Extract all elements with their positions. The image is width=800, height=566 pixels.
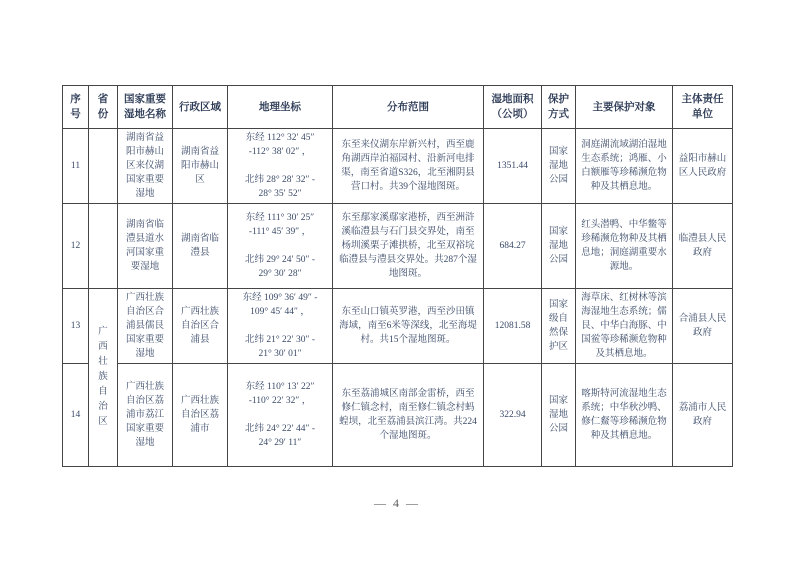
cell-coordinates: 东经 112° 32′ 45″ -112° 38′ 02″ ， 北纬 28° 2… [228, 129, 333, 204]
wetland-table: 序 号 省 份 国家重要 湿地名称 行政区域 地理坐标 分布范围 湿地面积 （公… [62, 85, 733, 467]
cell-area: 322.94 [484, 364, 542, 467]
cell-area: 12081.58 [484, 289, 542, 364]
col-header-province: 省 份 [89, 86, 118, 129]
cell-protection: 国家级自然保护区 [542, 289, 576, 364]
cell-unit: 荔浦市人民政府 [673, 364, 733, 467]
cell-coordinates: 东经 109° 36′ 49″ - 109° 45′ 44″ ， 北纬 21° … [228, 289, 333, 364]
col-header-range: 分布范围 [333, 86, 484, 129]
cell-unit: 合浦县人民政府 [673, 289, 733, 364]
cell-region: 湖南省益阳市赫山区 [173, 129, 228, 204]
col-header-wetland-name: 国家重要 湿地名称 [118, 86, 173, 129]
cell-coordinates: 东经 111° 30′ 25″ -111° 45′ 39″ ， 北纬 29° 2… [228, 204, 333, 289]
col-header-protection: 保护 方式 [542, 86, 576, 129]
cell-unit: 益阳市赫山区人民政府 [673, 129, 733, 204]
cell-province-merged: 广西壮族自治区 [89, 289, 118, 467]
cell-region: 广西壮族自治区荔浦市 [173, 364, 228, 467]
cell-targets: 洞庭湖流域湖泊湿地生态系统；鸿雁、小白额雁等珍稀濒危物种及其栖息地。 [576, 129, 673, 204]
col-header-no: 序 号 [63, 86, 89, 129]
col-header-coordinates: 地理坐标 [228, 86, 333, 129]
cell-region: 广西壮族自治区合浦县 [173, 289, 228, 364]
cell-wetland-name: 湖南省益阳市赫山区来仪湖国家重要湿地 [118, 129, 173, 204]
cell-no: 11 [63, 129, 89, 204]
cell-protection: 国家湿地公园 [542, 204, 576, 289]
cell-protection: 国家湿地公园 [542, 364, 576, 467]
cell-region: 湖南省临澧县 [173, 204, 228, 289]
col-header-area: 湿地面积 （公顷） [484, 86, 542, 129]
cell-wetland-name: 广西壮族自治区荔浦市荔江国家重要湿地 [118, 364, 173, 467]
cell-wetland-name: 湖南省临澧县道水河国家重要湿地 [118, 204, 173, 289]
page-number: — 4 — [62, 496, 732, 511]
cell-protection: 国家湿地公园 [542, 129, 576, 204]
cell-range: 东至山口镇英罗港，西至沙田镇海域，南至6米等深线，北至海堤村。共15个湿地图斑。 [333, 289, 484, 364]
cell-targets: 海草床、红树林等滨海湿地生态系统；儒艮、中华白海豚、中国鲎等珍稀濒危物种及其栖息… [576, 289, 673, 364]
cell-no: 13 [63, 289, 89, 364]
province-vertical-text: 广西壮族自治区 [98, 325, 108, 430]
document-page: 序 号 省 份 国家重要 湿地名称 行政区域 地理坐标 分布范围 湿地面积 （公… [0, 0, 800, 566]
table-row-14: 14 广西壮族自治区荔浦市荔江国家重要湿地 广西壮族自治区荔浦市 东经 110°… [63, 364, 733, 467]
col-header-targets: 主要保护对象 [576, 86, 673, 129]
cell-area: 684.27 [484, 204, 542, 289]
table-row-11: 11 湖南省益阳市赫山区来仪湖国家重要湿地 湖南省益阳市赫山区 东经 112° … [63, 129, 733, 204]
cell-no: 12 [63, 204, 89, 289]
table-header-row: 序 号 省 份 国家重要 湿地名称 行政区域 地理坐标 分布范围 湿地面积 （公… [63, 86, 733, 129]
cell-wetland-name: 广西壮族自治区合浦县儒艮国家重要湿地 [118, 289, 173, 364]
cell-province [89, 129, 118, 204]
cell-no: 14 [63, 364, 89, 467]
col-header-unit: 主体责任 单位 [673, 86, 733, 129]
cell-range: 东至鄢家溪鄢家港桥，西至洲浒溪临澧县与石门县交界处，南至杨圳溪栗子滩拱桥，北至双… [333, 204, 484, 289]
table-row-12: 12 湖南省临澧县道水河国家重要湿地 湖南省临澧县 东经 111° 30′ 25… [63, 204, 733, 289]
col-header-region: 行政区域 [173, 86, 228, 129]
cell-province [89, 204, 118, 289]
cell-range: 东至来仪湖东岸新兴村，西至鹿角湖西岸泊福园村、沿新河电排渠，南至省道S326，北… [333, 129, 484, 204]
cell-coordinates: 东经 110° 13′ 22″ -110° 22′ 32″ ， 北纬 24° 2… [228, 364, 333, 467]
table-row-13: 13 广西壮族自治区 广西壮族自治区合浦县儒艮国家重要湿地 广西壮族自治区合浦县… [63, 289, 733, 364]
cell-targets: 喀斯特河流湿地生态系统；中华秋沙鸭、修仁䱗等珍稀濒危物种及其栖息地。 [576, 364, 673, 467]
cell-targets: 红头潜鸭、中华鳖等珍稀濒危物种及其栖息地；洞庭湖重要水源地。 [576, 204, 673, 289]
cell-range: 东至荔浦城区南部金雷桥，西至修仁镇念村，南至修仁镇念村蚂蝗坝，北至荔浦县滨江湾。… [333, 364, 484, 467]
cell-unit: 临澧县人民政府 [673, 204, 733, 289]
cell-area: 1351.44 [484, 129, 542, 204]
